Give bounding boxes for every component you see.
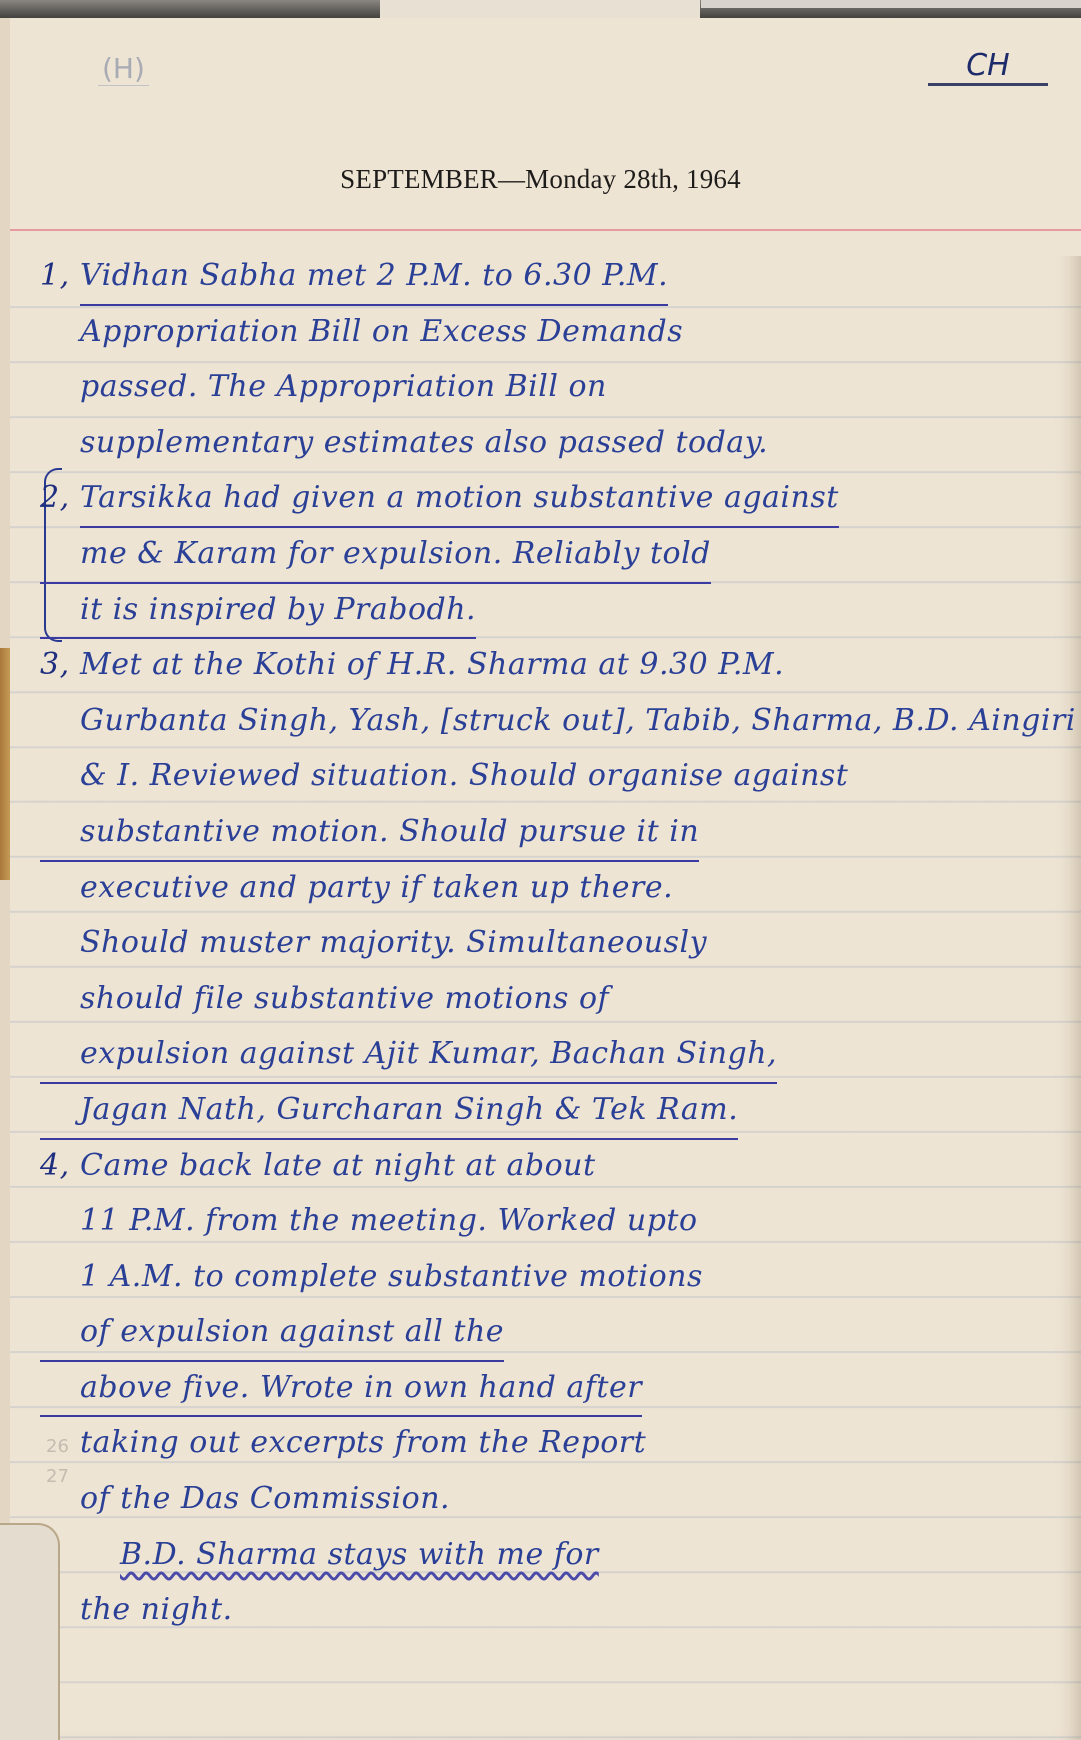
- entry-line: it is inspired by Prabodh.: [40, 582, 1060, 638]
- next-page-edge: [380, 0, 700, 20]
- entry-line: Gurbanta Singh, Yash, [struck out], Tabi…: [40, 693, 1060, 749]
- entry-line: above five. Wrote in own hand after: [40, 1360, 1060, 1416]
- entry-line: substantive motion. Should pursue it in: [40, 804, 1060, 860]
- entry-number: 3,: [40, 637, 80, 693]
- entry-line: B.D. Sharma stays with me for: [40, 1527, 1060, 1583]
- margin-rule: [10, 229, 1081, 231]
- entry-line: of expulsion against all the: [40, 1304, 1060, 1360]
- entry-line: Should muster majority. Simultaneously: [40, 915, 1060, 971]
- entry-line: expulsion against Ajit Kumar, Bachan Sin…: [40, 1026, 1060, 1082]
- background-edge: [701, 0, 1081, 8]
- entry-line: the night.: [40, 1582, 1060, 1638]
- entry-line: me & Karam for expulsion. Reliably told: [40, 526, 1060, 582]
- entry-line: 1 A.M. to complete substantive motions: [40, 1249, 1060, 1305]
- entry-line: 4,Came back late at night at about: [40, 1138, 1060, 1194]
- entry-line: of the Das Commission.: [40, 1471, 1060, 1527]
- corner-note-right: CH: [928, 48, 1048, 86]
- diary-entries: 1,Vidhan Sabha met 2 P.M. to 6.30 P.M. A…: [40, 248, 1060, 1638]
- entry-line: executive and party if taken up there.: [40, 860, 1060, 916]
- entry-number: 2,: [40, 470, 80, 526]
- entry-line: should file substantive motions of: [40, 971, 1060, 1027]
- entry-line: Appropriation Bill on Excess Demands: [40, 304, 1060, 360]
- entry-line: 11 P.M. from the meeting. Worked upto: [40, 1193, 1060, 1249]
- entry-line: 2,Tarsikka had given a motion substantiv…: [40, 470, 1060, 526]
- entry-line: 1,Vidhan Sabha met 2 P.M. to 6.30 P.M.: [40, 248, 1060, 304]
- entry-line: Jagan Nath, Gurcharan Singh & Tek Ram.: [40, 1082, 1060, 1138]
- entry-line: 3,Met at the Kothi of H.R. Sharma at 9.3…: [40, 637, 1060, 693]
- entry-line: & I. Reviewed situation. Should organise…: [40, 748, 1060, 804]
- entry-number: 1,: [40, 248, 80, 304]
- entry-line: supplementary estimates also passed toda…: [40, 415, 1060, 471]
- entry-line: taking out excerpts from the Report: [40, 1415, 1060, 1471]
- entry-line: passed. The Appropriation Bill on: [40, 359, 1060, 415]
- page-date-header: SEPTEMBER—Monday 28th, 1964: [0, 164, 1081, 195]
- page-top-edge: [0, 0, 1081, 20]
- entry-number: 4,: [40, 1138, 80, 1194]
- binding-strip: [0, 648, 10, 880]
- corner-note-left: (H): [98, 52, 149, 86]
- header-area: [10, 18, 1081, 256]
